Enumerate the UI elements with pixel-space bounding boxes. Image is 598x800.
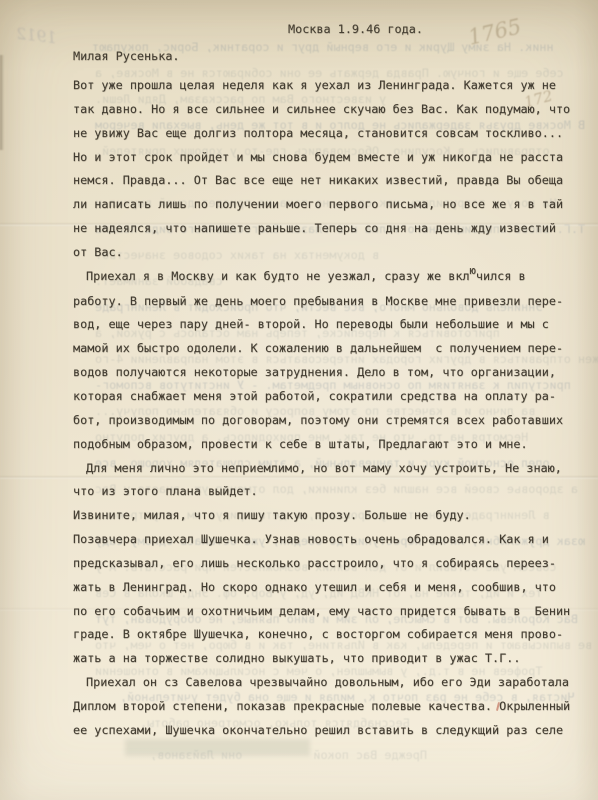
letter-content: Москва 1.9.46 года. Милая Русенька. Вот … bbox=[0, 0, 598, 800]
letter-line: не надеялся, что напишете раньше. Теперь… bbox=[73, 217, 598, 241]
letter-line: ли написать лишь по получении моего перв… bbox=[73, 193, 598, 217]
letter-line: бот, производимым по договорам, поэтому … bbox=[73, 409, 598, 433]
letter-line: водов получаются некоторые затруднения. … bbox=[73, 361, 598, 385]
letter-line: Но и этот срок пройдет и мы снова будем … bbox=[73, 146, 598, 170]
letter-line: Приехал я в Москву и как будто не уезжал… bbox=[73, 265, 598, 290]
typed-correction-superscript: ю bbox=[470, 265, 476, 277]
letter-line: предсказывал, его лишь несколько расстро… bbox=[73, 552, 598, 576]
letter-line: мамой их быстро одолели. К сожалению в д… bbox=[73, 337, 598, 361]
letter-line: Извините, милая, что я пишу такую прозу.… bbox=[73, 504, 598, 528]
letter-line: немся. Правда... От Вас все еще нет ника… bbox=[73, 169, 598, 193]
letter-line: Приехал он сз Савелова чрезвычайно довол… bbox=[73, 671, 598, 695]
letter-line: Для меня лично это неприемлимо, но вот м… bbox=[73, 457, 598, 481]
letter-line: подобным образом, провести к себе в штат… bbox=[73, 433, 598, 457]
letter-page: нник. На зиму Щурик и его верный друг и … bbox=[0, 0, 598, 800]
letter-salutation: Милая Русенька. bbox=[73, 49, 180, 63]
letter-line: жать в Ленинград. Но скоро однако утешил… bbox=[73, 576, 598, 600]
letter-line: так давно. Но я все сильнее и сильнее ск… bbox=[73, 98, 598, 122]
letter-line: Диплом второй степени, показав прекрасны… bbox=[73, 695, 598, 719]
letter-line: жать а на торжестве солидно выкушать, чт… bbox=[73, 647, 598, 671]
letter-line: работу. В первый же день моего пребывани… bbox=[73, 290, 598, 314]
letter-line: ее успехами, Шушечка окончательно решил … bbox=[73, 719, 598, 743]
letter-line: граде. В октябре Шушечка, конечно, с вос… bbox=[73, 623, 598, 647]
letter-dateline: Москва 1.9.46 года. bbox=[288, 22, 423, 36]
letter-line: по его собачьим и охотничьим делам, ему … bbox=[73, 600, 598, 624]
letter-body: Вот уже прошла целая неделя как я уехал … bbox=[0, 74, 598, 743]
letter-line: от Вас. bbox=[73, 241, 598, 265]
letter-line: не увижу Вас еще долгиз полтора месяца, … bbox=[73, 122, 598, 146]
letter-line: Вот уже прошла целая неделя как я уехал … bbox=[73, 74, 598, 98]
letter-line: что из этого плана выйдет. bbox=[73, 480, 598, 504]
letter-line: вод, еще через пару дней- второй. Но пер… bbox=[73, 313, 598, 337]
letter-line: которая снабжает меня этой работой, сокр… bbox=[73, 385, 598, 409]
letter-line: Позавчера приехал Шушечка. Узнав новость… bbox=[73, 528, 598, 552]
